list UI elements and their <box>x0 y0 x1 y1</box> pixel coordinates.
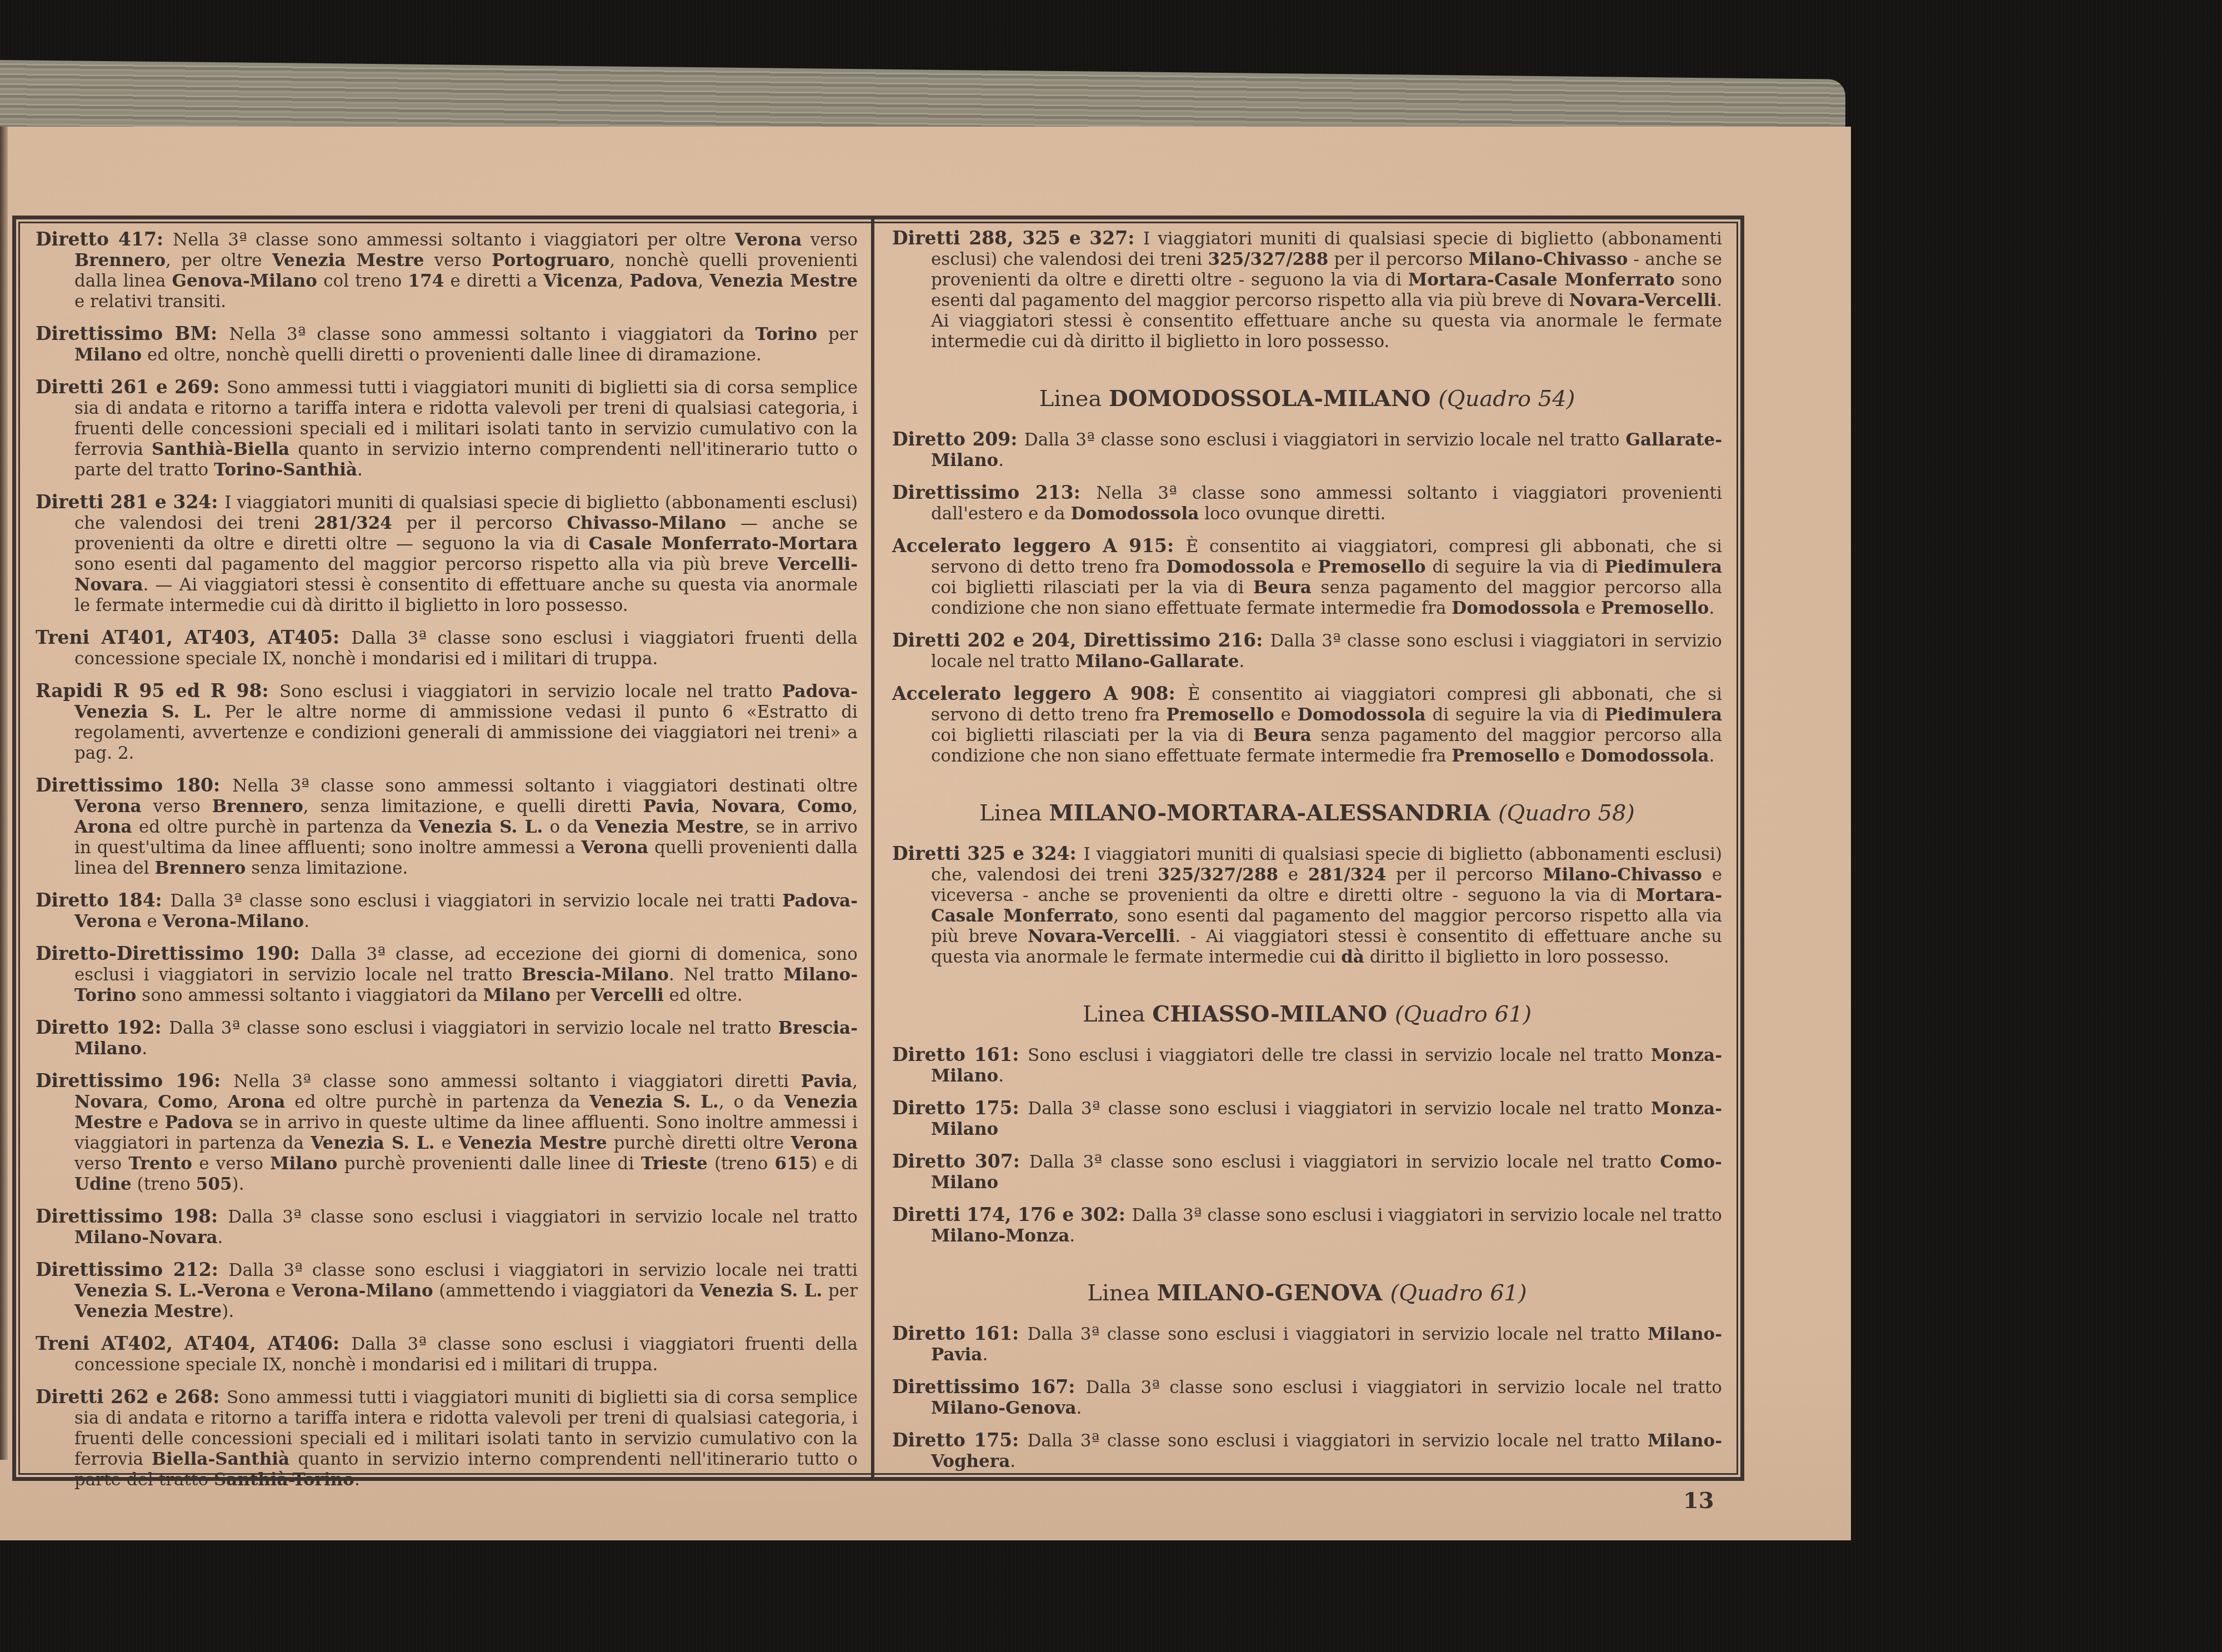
notice-entry: Direttissimo 196: Nella 3ª classe sono a… <box>36 1070 858 1195</box>
line-name: MILANO-GENOVA <box>1157 1280 1390 1306</box>
notice-entry: Diretti 281 e 324: I viaggiatori muniti … <box>36 492 858 616</box>
place-name: Milano <box>483 985 551 1005</box>
place-name: Chivasso-Milano <box>567 513 726 533</box>
place-name: Pavia <box>643 797 694 817</box>
place-name: Milano-Torino <box>74 965 858 1005</box>
notice-entry: Diretto 209: Dalla 3ª classe sono esclus… <box>892 429 1722 471</box>
place-name: Domodossola <box>1167 557 1295 577</box>
place-name: Brescia-Milano <box>74 1018 858 1059</box>
place-name: Venezia S. L. <box>311 1133 434 1153</box>
train-designation: Diretto 175: <box>892 1429 1027 1451</box>
place-name: Milano-Monza <box>931 1226 1069 1246</box>
place-name: Verona-Milano <box>292 1281 433 1301</box>
train-designation: Diretto 192: <box>36 1017 169 1038</box>
notice-entry: Diretto 307: Dalla 3ª classe sono esclus… <box>892 1151 1722 1193</box>
train-designation: Diretto 184: <box>36 889 170 911</box>
place-name: Arona <box>228 1092 286 1112</box>
train-designation: Diretti 288, 325 e 327: <box>892 227 1143 249</box>
train-designation: Diretti 281 e 324: <box>36 491 224 513</box>
place-name: Venezia Mestre <box>74 1301 222 1321</box>
quadro-reference: (Quadro 61) <box>1390 1280 1527 1306</box>
place-name: 615 <box>775 1154 811 1174</box>
notice-entry: Diretti 325 e 324: I viaggiatori muniti … <box>892 843 1722 968</box>
place-name: Milano-Novara <box>74 1228 218 1248</box>
place-name: 281/324 <box>1308 865 1387 885</box>
train-designation: Diretti 261 e 269: <box>36 376 227 398</box>
place-name: Venezia Mestre <box>272 251 424 271</box>
notice-entry: Rapidi R 95 ed R 98: Sono esclusi i viag… <box>36 680 858 764</box>
place-name: Genova-Milano <box>172 271 317 291</box>
train-designation: Direttissimo 198: <box>36 1205 228 1227</box>
place-name: 174 <box>408 271 444 291</box>
quadro-reference: (Quadro 61) <box>1395 1002 1532 1027</box>
place-name: Como <box>797 797 852 817</box>
place-name: Milano-Chivasso <box>1469 249 1628 269</box>
train-designation: Diretto 417: <box>36 228 173 250</box>
train-designation: Diretti 325 e 324: <box>892 843 1083 864</box>
place-name: Domodossola <box>1581 746 1709 766</box>
place-name: Domodossola <box>1452 598 1580 618</box>
place-name: Mortara-Casale Monferrato <box>1408 270 1675 290</box>
train-designation: Direttissimo 196: <box>36 1070 233 1092</box>
left-column: Diretto 417: Nella 3ª classe sono ammess… <box>23 223 868 1501</box>
place-name: Padova <box>165 1113 233 1133</box>
line-name: DOMODOSSOLA-MILANO <box>1109 386 1438 412</box>
notice-entry: Direttissimo BM: Nella 3ª classe sono am… <box>36 323 858 366</box>
page-number: 13 <box>1683 1488 1714 1514</box>
place-name: Brennero <box>154 858 246 878</box>
notice-entry: Treni AT402, AT404, AT406: Dalla 3ª clas… <box>36 1333 858 1375</box>
train-designation: Diretti 262 e 268: <box>36 1386 227 1408</box>
place-name: Gallarate-Milano <box>931 430 1722 470</box>
train-designation: Diretto 307: <box>892 1150 1029 1172</box>
notice-entry: Diretto-Direttissimo 190: Dalla 3ª class… <box>36 943 858 1006</box>
notice-entry: Diretto 161: Dalla 3ª classe sono esclus… <box>892 1323 1722 1365</box>
place-name: Monza-Milano <box>931 1099 1722 1139</box>
place-name: Domodossola <box>1298 705 1426 725</box>
place-name: Novara-Vercelli <box>1569 291 1716 311</box>
notice-entry: Diretto 417: Nella 3ª classe sono ammess… <box>36 229 858 312</box>
place-name: Brennero <box>74 251 166 271</box>
train-designation: Direttissimo 180: <box>36 774 232 796</box>
place-name: 325/327/288 <box>1158 865 1278 885</box>
section-prefix: Linea <box>1087 1280 1157 1306</box>
place-name: Como <box>158 1092 213 1112</box>
train-designation: Diretto 175: <box>892 1097 1028 1119</box>
train-designation: Treni AT401, AT403, AT405: <box>36 627 351 648</box>
place-name: 505 <box>196 1174 232 1194</box>
place-name: Beura <box>1253 578 1312 598</box>
place-name: Beura <box>1253 725 1312 745</box>
train-designation: Accelerato leggero A 915: <box>892 535 1186 557</box>
place-name: Vicenza <box>543 271 618 291</box>
notice-entry: Direttissimo 180: Nella 3ª classe sono a… <box>36 775 858 879</box>
line-section-title: Linea MILANO-MORTARA-ALESSANDRIA (Quadro… <box>892 800 1722 827</box>
place-name: Brescia-Milano <box>522 965 669 985</box>
place-name: Vercelli-Novara <box>74 554 858 595</box>
place-name: Casale Monferrato-Mortara <box>589 534 858 554</box>
place-name: Brennero <box>212 797 303 817</box>
notice-entry: Direttissimo 167: Dalla 3ª classe sono e… <box>892 1376 1722 1419</box>
train-designation: Diretti 174, 176 e 302: <box>892 1204 1132 1225</box>
notice-entry: Diretti 202 e 204, Direttissimo 216: Dal… <box>892 630 1722 672</box>
place-name: Novara <box>74 1092 143 1112</box>
place-name: Novara <box>712 797 780 817</box>
place-name: Domodossola <box>1070 504 1199 524</box>
place-name: Milano-Genova <box>931 1398 1077 1418</box>
notice-entry: Direttissimo 198: Dalla 3ª classe sono e… <box>36 1206 858 1248</box>
place-name: Santhià-Torino <box>214 1470 354 1490</box>
place-name: 325/327/288 <box>1208 249 1329 269</box>
place-name: Premosello <box>1167 705 1274 725</box>
notice-entry: Diretti 261 e 269: Sono ammessi tutti i … <box>36 377 858 480</box>
place-name: Milano <box>270 1154 337 1174</box>
train-designation: Diretto 161: <box>892 1044 1028 1065</box>
place-name: Torino-Santhià <box>214 460 357 480</box>
right-column: Diretti 288, 325 e 327: I viaggiatori mu… <box>880 223 1735 1483</box>
place-name: Verona <box>581 838 648 858</box>
place-name: Verona-Milano <box>163 912 304 932</box>
line-section-title: Linea MILANO-GENOVA (Quadro 61) <box>892 1280 1722 1306</box>
section-prefix: Linea <box>1083 1002 1152 1027</box>
place-name: Udine <box>74 1174 132 1194</box>
notice-entry: Diretto 192: Dalla 3ª classe sono esclus… <box>36 1017 858 1059</box>
place-name: Novara-Vercelli <box>1028 927 1175 947</box>
place-name: Milano-Chivasso <box>1543 865 1702 885</box>
place-name: Trento <box>129 1154 192 1174</box>
notice-entry: Diretto 175: Dalla 3ª classe sono esclus… <box>892 1430 1722 1472</box>
quadro-reference: (Quadro 54) <box>1438 386 1575 412</box>
place-name: Milano <box>74 345 142 365</box>
page-binding-edge <box>0 127 8 1460</box>
train-designation: Diretto 161: <box>892 1323 1027 1344</box>
place-name: 281/324 <box>314 513 392 533</box>
place-name: Biella-Santhià <box>152 1449 289 1469</box>
column-divider <box>871 216 874 1481</box>
train-designation: Diretto 209: <box>892 428 1024 450</box>
place-name: Venezia S. L.-Verona <box>74 1281 270 1301</box>
place-name: Mortara-Casale Monferrato <box>931 885 1722 926</box>
place-name: Venezia Mestre <box>458 1133 607 1153</box>
train-designation: Treni AT402, AT404, AT406: <box>36 1333 351 1354</box>
notice-entry: Diretti 174, 176 e 302: Dalla 3ª classe … <box>892 1204 1722 1246</box>
place-name: Premosello <box>1452 746 1559 766</box>
notice-entry: Diretto 184: Dalla 3ª classe sono esclus… <box>36 890 858 932</box>
place-name: Verona <box>790 1133 858 1153</box>
quadro-reference: (Quadro 58) <box>1498 800 1635 826</box>
notice-entry: Accelerato leggero A 915: È consentito a… <box>892 535 1722 619</box>
place-name: Venezia S. L. <box>589 1092 719 1112</box>
section-prefix: Linea <box>979 800 1049 826</box>
train-designation: Rapidi R 95 ed R 98: <box>36 680 279 702</box>
place-name: Pavia <box>801 1072 852 1092</box>
line-section-title: Linea DOMODOSSOLA-MILANO (Quadro 54) <box>892 386 1722 412</box>
train-designation: Direttissimo 212: <box>36 1259 229 1280</box>
place-name: Verona <box>735 230 802 250</box>
place-name: Venezia S. L. <box>700 1281 822 1301</box>
place-name: Trieste <box>641 1154 708 1174</box>
place-name: Piedimulera <box>1604 557 1722 577</box>
line-name: MILANO-MORTARA-ALESSANDRIA <box>1049 800 1498 826</box>
line-section-title: Linea CHIASSO-MILANO (Quadro 61) <box>892 1001 1722 1028</box>
section-prefix: Linea <box>1039 386 1109 412</box>
place-name: Monza-Milano <box>931 1045 1722 1086</box>
place-name: Portogruaro <box>492 251 609 271</box>
place-name: Vercelli <box>591 985 664 1005</box>
place-name: Como-Milano <box>931 1152 1722 1193</box>
place-name: Premosello <box>1601 598 1709 618</box>
notice-entry: Diretti 288, 325 e 327: I viaggiatori mu… <box>892 228 1722 352</box>
notice-entry: Treni AT401, AT403, AT405: Dalla 3ª clas… <box>36 627 858 669</box>
notice-entry: Accelerato leggero A 908: È consentito a… <box>892 683 1722 767</box>
train-designation: Accelerato leggero A 908: <box>892 683 1188 704</box>
place-name: dà <box>1341 947 1364 967</box>
place-name: Padova <box>629 271 698 291</box>
train-designation: Diretto-Direttissimo 190: <box>36 943 311 964</box>
place-name: Torino <box>755 324 818 344</box>
place-name: Venezia Mestre <box>595 817 744 837</box>
notice-entry: Direttissimo 213: Nella 3ª classe sono a… <box>892 482 1722 524</box>
notice-entry: Diretto 175: Dalla 3ª classe sono esclus… <box>892 1098 1722 1140</box>
place-name: Milano-Voghera <box>931 1431 1722 1471</box>
place-name: Venezia Mestre <box>709 271 858 291</box>
place-name: Premosello <box>1318 557 1425 577</box>
train-designation: Direttissimo 213: <box>892 482 1096 503</box>
line-name: CHIASSO-MILANO <box>1152 1001 1395 1027</box>
place-name: Venezia S. L. <box>418 817 543 837</box>
train-designation: Diretti 202 e 204, Direttissimo 216: <box>892 629 1270 651</box>
train-designation: Direttissimo BM: <box>36 323 229 344</box>
place-name: Milano-Pavia <box>931 1324 1722 1365</box>
place-name: Arona <box>74 817 132 837</box>
notice-entry: Diretto 161: Sono esclusi i viaggiatori … <box>892 1044 1722 1087</box>
train-designation: Direttissimo 167: <box>892 1376 1085 1398</box>
notice-entry: Direttissimo 212: Dalla 3ª classe sono e… <box>36 1259 858 1322</box>
place-name: Milano-Gallarate <box>1075 652 1239 672</box>
place-name: Piedimulera <box>1604 705 1722 725</box>
notice-entry: Diretti 262 e 268: Sono ammessi tutti i … <box>36 1386 858 1490</box>
place-name: Verona <box>74 797 142 817</box>
place-name: Santhià-Biella <box>152 439 289 459</box>
